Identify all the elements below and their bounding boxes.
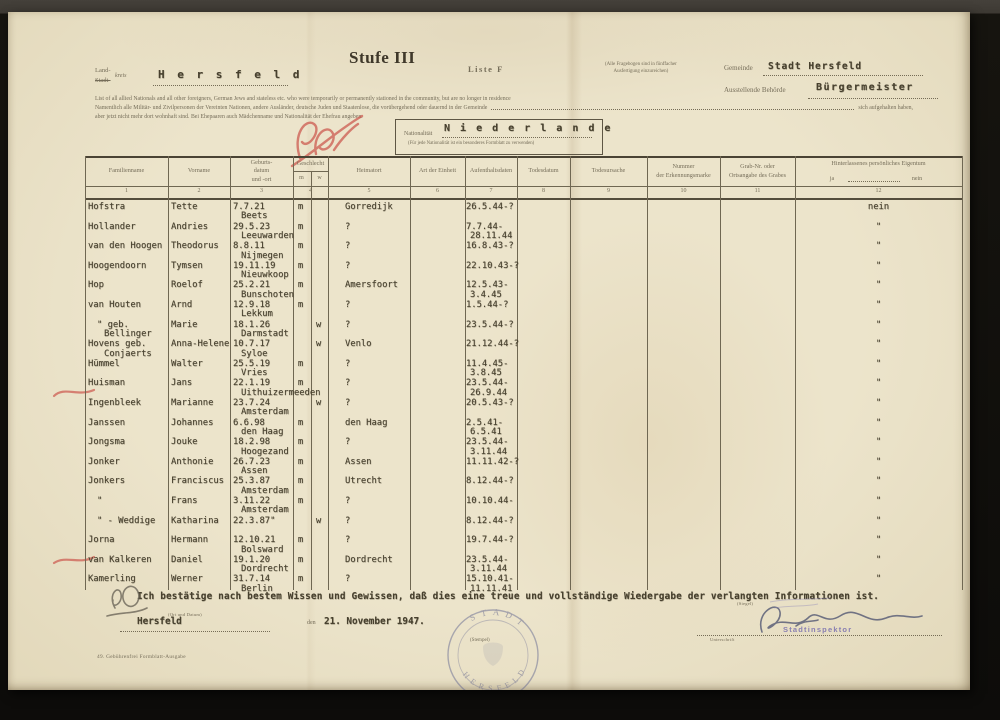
table-column-line	[647, 156, 648, 590]
row-birth-place: Amsterdam	[241, 407, 289, 417]
column-header-3: Geburts- datum und -ort	[232, 158, 292, 185]
row-birth-place: Darmstadt	[241, 329, 289, 339]
row-given-name: Katharina	[171, 516, 219, 526]
municipal-round-stamp: S T A D T H E R S F E L D	[445, 607, 541, 690]
row-property-left: "	[795, 555, 962, 565]
row-sex-m: m	[292, 535, 309, 545]
row-surname: " - Weddige	[97, 516, 155, 526]
row-given-name: Tymsen	[171, 261, 203, 271]
row-surname: Jorna	[88, 535, 114, 545]
row-sex-m: m	[292, 555, 309, 565]
row-property-left: "	[795, 339, 962, 349]
row-stay-dates-2: 3.8.45	[470, 368, 502, 378]
column-header-11: Grab-Nr. oder Ortsangabe des Grabes	[722, 158, 794, 185]
place-underline	[120, 630, 270, 632]
row-surname: van den Hoogen	[88, 241, 162, 251]
row-property-left: "	[795, 280, 962, 290]
row-given-name: Arnd	[171, 300, 192, 310]
column-header-9: Todesursache	[572, 158, 646, 185]
row-given-name: Daniel	[171, 555, 203, 565]
row-stay-dates-2: 3.11.44	[470, 447, 507, 457]
row-home-town: ?	[345, 398, 350, 408]
row-surname: Hop	[88, 280, 104, 290]
row-birth-place: Nieuwkoop	[241, 270, 289, 280]
row-birth-place: Dordrecht	[241, 564, 289, 574]
column-number-9: 9	[594, 188, 624, 194]
row-surname: Hollander	[88, 222, 136, 232]
place-note: (Ort und Datum)	[168, 612, 202, 617]
row-sex-m: m	[292, 476, 309, 486]
row-home-town: Venlo	[345, 339, 371, 349]
row-birth-place: Beets	[241, 211, 267, 221]
title-stamp-text: Stadtinspektor	[783, 625, 852, 634]
row-stay-dates: 8.12.44-?	[466, 476, 514, 486]
row-sex-w: w	[310, 320, 327, 330]
row-home-town: ?	[345, 574, 350, 584]
table-sex-divider-line	[311, 172, 312, 590]
row-sex-m: m	[292, 261, 309, 271]
row-sex-w: w	[310, 339, 327, 349]
column-header-7: Aufenthaltsdaten	[466, 158, 516, 185]
row-stay-dates: 21.12.44-?	[466, 339, 519, 349]
row-birth-place: den Haag	[241, 427, 283, 437]
row-surname: Jongsma	[88, 437, 125, 447]
row-surname: van Kalkeren	[88, 555, 152, 565]
signature-underline	[697, 634, 942, 636]
row-stay-dates: 8.12.44-?	[466, 516, 514, 526]
row-given-name: Tette	[171, 202, 197, 212]
row-stay-dates: 1.5.44-?	[466, 300, 508, 310]
table-column-line	[328, 156, 329, 590]
row-birth-place: Leeuwarden	[241, 231, 294, 241]
row-birth-place: Hoogezand	[241, 447, 289, 457]
row-stay-dates: 11.11.42-?	[466, 457, 519, 467]
row-given-name: Anna-Helene	[171, 339, 229, 349]
row-birth-place: Bolsward	[241, 545, 283, 555]
den-label: den	[307, 620, 316, 626]
row-given-name: Andries	[171, 222, 208, 232]
column-number-6: 6	[423, 188, 453, 194]
row-given-name: Frans	[171, 496, 197, 506]
row-birth-place: Amsterdam	[241, 505, 289, 515]
row-birth-place: Bunschoten	[241, 290, 294, 300]
row-sex-m: m	[292, 222, 309, 232]
row-given-name: Werner	[171, 574, 203, 584]
row-given-name: Walter	[171, 359, 203, 369]
row-stay-dates: 22.10.43-?	[466, 261, 519, 271]
row-sex-m: m	[292, 496, 309, 506]
row-birth-place: Lekkum	[241, 309, 273, 319]
stamp-ring-top-text: S T A D T	[468, 607, 527, 629]
row-home-town: Gorredijk	[345, 202, 393, 212]
property-sub-leader	[848, 180, 900, 182]
row-home-town: ?	[345, 222, 350, 232]
row-home-town: ?	[345, 437, 350, 447]
column-header-10: Nummer der Erkennungsmarke	[648, 158, 720, 185]
column-header-2: Vorname	[169, 158, 229, 185]
row-home-town: ?	[345, 261, 350, 271]
table-column-line	[410, 156, 411, 590]
row-stay-dates: 16.8.43-?	[466, 241, 514, 251]
row-sex-m: m	[292, 280, 309, 290]
row-sex-m: m	[292, 457, 309, 467]
row-surname: Hoogendoorn	[88, 261, 146, 271]
row-sex-m: m	[292, 359, 309, 369]
column-number-4: 4	[296, 188, 326, 194]
row-given-name: Marianne	[171, 398, 213, 408]
row-surname: Hümmel	[88, 359, 120, 369]
row-sex-m: m	[292, 202, 309, 212]
svg-text:S T A D T: S T A D T	[468, 607, 527, 629]
row-home-town: Amersfoort	[345, 280, 398, 290]
row-birth-place: Nijmegen	[241, 251, 283, 261]
column-number-1: 1	[112, 188, 142, 194]
row-stay-dates: 19.7.44-?	[466, 535, 514, 545]
stamp-note: (Stempel)	[470, 638, 490, 643]
row-property-left: "	[795, 457, 962, 467]
row-given-name: Jans	[171, 378, 192, 388]
column-header-8: Todesdatum	[519, 158, 569, 185]
row-home-town: den Haag	[345, 418, 387, 428]
row-surname: Ingenbleek	[88, 398, 141, 408]
row-property-left: "	[795, 320, 962, 330]
row-property-left: "	[795, 535, 962, 545]
sex-sub-w: w	[311, 175, 328, 181]
property-sub-ja: ja	[820, 176, 844, 182]
row-surname: Jonkers	[88, 476, 125, 486]
row-birth-place: Assen	[241, 466, 267, 476]
column-number-5: 5	[354, 188, 384, 194]
row-sex-m: m	[292, 437, 309, 447]
row-home-town: ?	[345, 535, 350, 545]
column-number-3: 3	[247, 188, 277, 194]
column-header-12: Hinterlassenes persönliches Eigentum	[797, 158, 961, 170]
row-sex-m: m	[292, 241, 309, 251]
row-sex-m: m	[292, 300, 309, 310]
row-given-name: Marie	[171, 320, 197, 330]
row-stay-dates-2: 3.4.45	[470, 290, 502, 300]
stamp-ring-bottom-text: H E R S F E L D	[461, 667, 528, 690]
row-home-town: ?	[345, 378, 350, 388]
column-number-12: 12	[864, 188, 894, 194]
row-property-left: "	[795, 437, 962, 447]
row-home-town: ?	[345, 320, 350, 330]
scanned-document: Land- Stadt- kreis H e r s f e l d Stufe…	[0, 0, 1000, 720]
table-column-line	[570, 156, 571, 590]
row-home-town: Dordrecht	[345, 555, 393, 565]
column-number-2: 2	[184, 188, 214, 194]
table-column-line	[962, 156, 963, 590]
row-stay-dates-2: 28.11.44	[470, 231, 512, 241]
row-sex-m: m	[292, 574, 309, 584]
row-birth-date: 22.3.87"	[233, 516, 275, 526]
table-column-line	[168, 156, 169, 590]
row-stay-dates: 20.5.43-?	[466, 398, 514, 408]
table-column-line	[517, 156, 518, 590]
column-header-4: Geschlecht	[294, 158, 328, 170]
column-header-1: Familienname	[87, 158, 167, 185]
printer-footnote: 49. Gebührenfrei Formblatt-Ausgabe	[97, 654, 186, 660]
unterschrift-label: Unterschrift	[710, 637, 735, 642]
row-surname: van Houten	[88, 300, 141, 310]
row-given-name: Anthonie	[171, 457, 213, 467]
row-surname2: Bellinger	[104, 329, 152, 339]
register-table: Familienname1Vorname2Geburts- datum und …	[8, 12, 970, 690]
row-home-town: ?	[345, 359, 350, 369]
column-number-11: 11	[743, 188, 773, 194]
column-number-7: 7	[476, 188, 506, 194]
table-header-separator	[85, 186, 962, 187]
row-birth-place: Vries	[241, 368, 267, 378]
row-sex-w: w	[310, 398, 327, 408]
row-surname: Janssen	[88, 418, 125, 428]
svg-text:H E R S F E L D: H E R S F E L D	[461, 667, 528, 690]
column-header-5: Heimatort	[330, 158, 408, 185]
row-property-left: "	[795, 359, 962, 369]
column-number-10: 10	[669, 188, 699, 194]
row-home-town: ?	[345, 496, 350, 506]
table-column-line	[720, 156, 721, 590]
row-property-left: "	[795, 516, 962, 526]
row-property-left: "	[795, 574, 962, 584]
row-stay-dates-2: 3.11.44	[470, 564, 507, 574]
sex-sub-m: m	[293, 175, 310, 181]
row-given-name: Johannes	[171, 418, 213, 428]
column-number-8: 8	[529, 188, 559, 194]
row-home-town: ?	[345, 241, 350, 251]
row-stay-dates-2: 6.5.41	[470, 427, 502, 437]
row-home-town: ?	[345, 300, 350, 310]
date-value: 21. November 1947.	[324, 616, 425, 627]
row-home-town: Utrecht	[345, 476, 382, 486]
row-property-left: "	[795, 476, 962, 486]
row-surname: "	[97, 496, 102, 506]
row-given-name: Hermann	[171, 535, 208, 545]
property-sub-nein: nein	[902, 176, 932, 182]
row-property-left: "	[795, 222, 962, 232]
row-sex-m: m	[292, 418, 309, 428]
row-birth-place: Uithuizermeeden	[241, 388, 320, 398]
row-stay-dates-2: 26.9.44	[470, 388, 507, 398]
row-given-name: Roelof	[171, 280, 203, 290]
row-home-town: Assen	[345, 457, 371, 467]
row-stay-dates: 26.5.44-?	[466, 202, 514, 212]
table-column-line	[230, 156, 231, 590]
row-home-town: ?	[345, 516, 350, 526]
row-property-left: "	[795, 398, 962, 408]
table-column-line	[85, 156, 86, 590]
row-sex-m: m	[292, 378, 309, 388]
row-stay-dates: 10.10.44-	[466, 496, 514, 506]
table-number-row-separator	[85, 198, 962, 200]
row-surname: Huisman	[88, 378, 125, 388]
row-property-left: "	[795, 378, 962, 388]
row-property-left: "	[795, 261, 962, 271]
row-property-left: "	[795, 241, 962, 251]
row-birth-place: Syloe	[241, 349, 267, 359]
row-given-name: Jouke	[171, 437, 197, 447]
row-stay-dates: 23.5.44-?	[466, 320, 514, 330]
row-property-left: "	[795, 300, 962, 310]
row-property-left: "	[795, 496, 962, 506]
row-surname: Jonker	[88, 457, 120, 467]
row-surname: Hofstra	[88, 202, 125, 212]
document-paper: Land- Stadt- kreis H e r s f e l d Stufe…	[8, 12, 970, 690]
row-property-left: nein	[795, 202, 962, 212]
row-property-left: "	[795, 418, 962, 428]
column-header-6: Art der Einheit	[412, 158, 464, 185]
sex-header-underline	[293, 171, 328, 172]
place-value: Hersfeld	[137, 616, 182, 627]
row-birth-place: Amsterdam	[241, 486, 289, 496]
row-given-name: Franciscus	[171, 476, 224, 486]
row-given-name: Theodorus	[171, 241, 219, 251]
row-sex-w: w	[310, 516, 327, 526]
row-surname2: Conjaerts	[104, 349, 152, 359]
